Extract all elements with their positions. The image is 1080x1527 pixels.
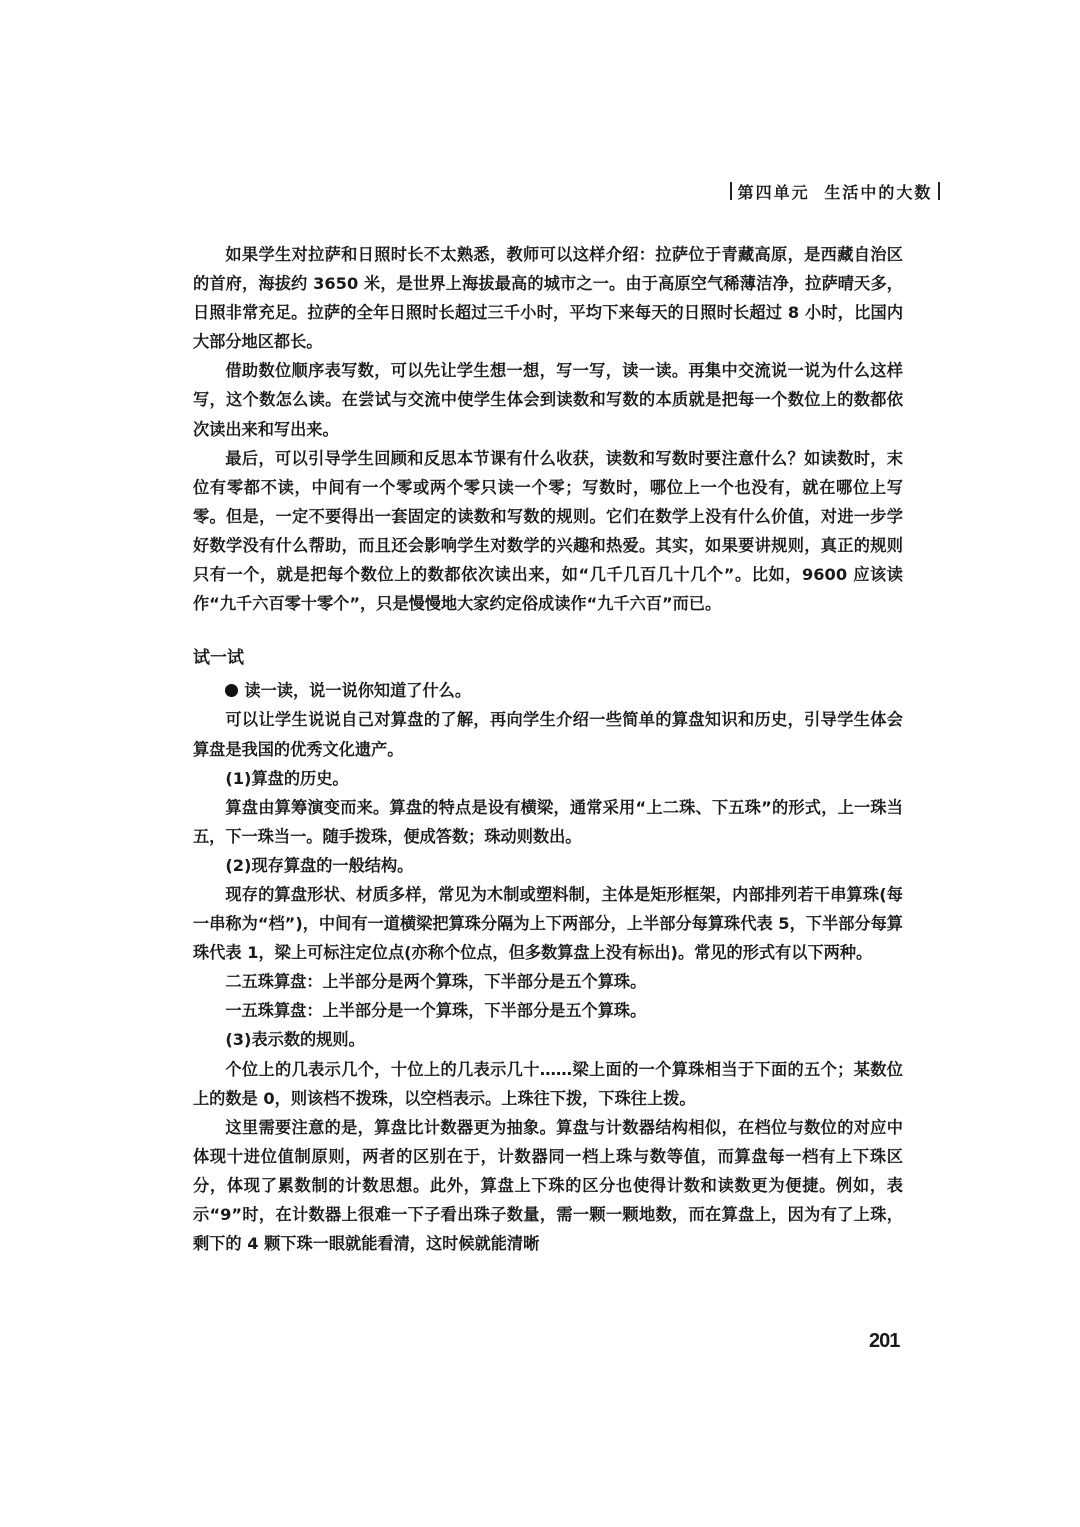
paragraph: 这里需要注意的是，算盘比计数器更为抽象。算盘与计数器结构相似，在档位与数位的对应… [193,1113,903,1258]
header-title: 生活中的大数 [824,180,932,203]
paragraph: 一五珠算盘：上半部分是一个算珠，下半部分是五个算珠。 [193,996,903,1025]
paragraph: 现存的算盘形状、材质多样，常见为木制或塑料制，主体是矩形框架，内部排列若干串算珠… [193,880,903,967]
subheading: (1)算盘的历史。 [193,764,903,793]
paragraph: 二五珠算盘：上半部分是两个算珠，下半部分是五个算珠。 [193,967,903,996]
page-body: 如果学生对拉萨和日照时长不太熟悉，教师可以这样介绍：拉萨位于青藏高原，是西藏自治… [193,240,903,1258]
paragraph: 个位上的几表示几个，十位上的几表示几十……梁上面的一个算珠相当于下面的五个；某数… [193,1055,903,1113]
bullet-item-text: 读一读，说一说你知道了什么。 [244,681,471,700]
bullet-dot-icon [225,684,238,697]
page-number: 201 [869,1330,899,1353]
subheading: (2)现存算盘的一般结构。 [193,851,903,880]
paragraph: 最后，可以引导学生回顾和反思本节课有什么收获，读数和写数时要注意什么？如读数时，… [193,444,903,619]
paragraph: 算盘由算筹演变而来。算盘的特点是设有横梁，通常采用“上二珠、下五珠”的形式，上一… [193,793,903,851]
header-unit: 第四单元 [738,180,810,203]
paragraph: 借助数位顺序表写数，可以先让学生想一想，写一写，读一读。再集中交流说一说为什么这… [193,356,903,443]
subheading: (3)表示数的规则。 [193,1025,903,1054]
paragraph: 可以让学生说说自己对算盘的了解，再向学生介绍一些简单的算盘知识和历史，引导学生体… [193,705,903,763]
section-title: 试一试 [193,644,903,673]
paragraph: 如果学生对拉萨和日照时长不太熟悉，教师可以这样介绍：拉萨位于青藏高原，是西藏自治… [193,240,903,356]
running-header: 第四单元 生活中的大数 [724,178,946,204]
header-divider-right [938,182,940,200]
bullet-item: 读一读，说一说你知道了什么。 [193,676,903,705]
header-divider-left [730,182,732,200]
